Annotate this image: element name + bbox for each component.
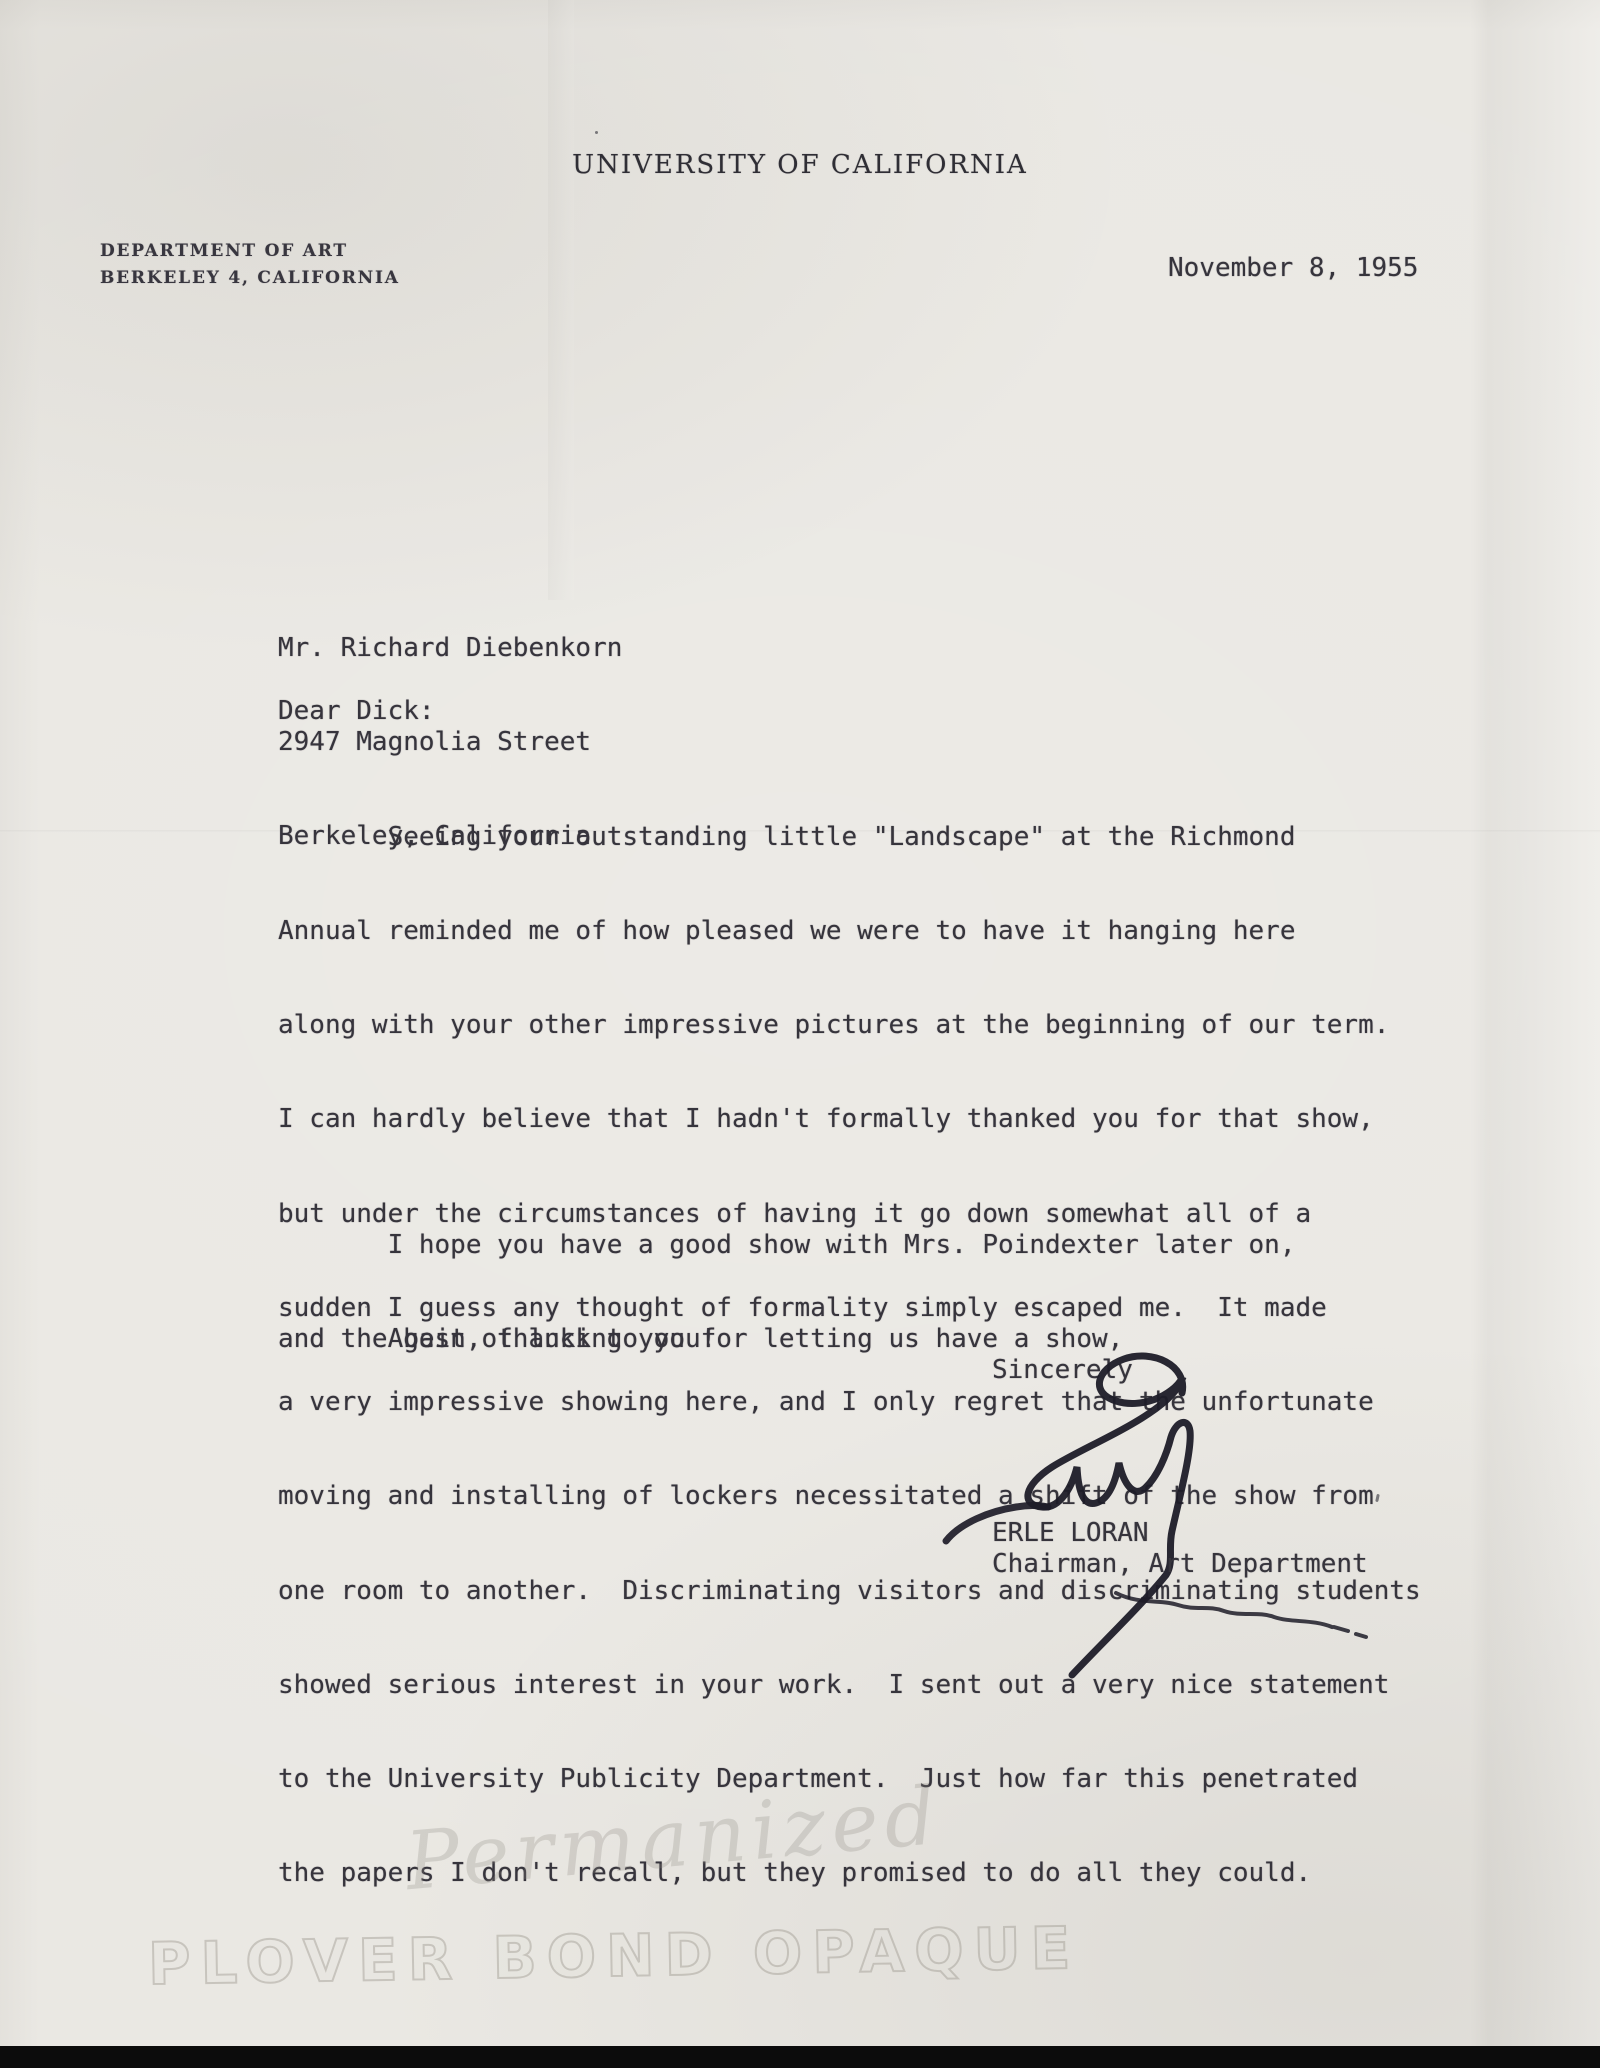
body-line: along with your other impressive picture… <box>278 1010 1421 1041</box>
body-line: Seeing your outstanding little "Landscap… <box>278 822 1421 853</box>
letter-date: November 8, 1955 <box>1168 253 1418 284</box>
scan-speck <box>365 1306 367 1308</box>
body-paragraph-3: Again, thanking you for letting us have … <box>278 1261 1123 1418</box>
letterhead-department-block: DEPARTMENT OF ART BERKELEY 4, CALIFORNIA <box>100 238 400 292</box>
body-line: showed serious interest in your work. I … <box>278 1670 1421 1701</box>
letterhead-department-line: DEPARTMENT OF ART <box>100 238 400 265</box>
scanned-letter-page: UNIVERSITY OF CALIFORNIA DEPARTMENT OF A… <box>0 0 1600 2068</box>
fold-crease-vertical <box>548 0 574 600</box>
salutation: Dear Dick: <box>278 696 435 727</box>
recipient-name: Mr. Richard Diebenkorn <box>278 633 622 664</box>
letterhead-university-title: UNIVERSITY OF CALIFORNIA <box>0 150 1600 180</box>
recipient-street: 2947 Magnolia Street <box>278 727 622 758</box>
letterhead-address-line: BERKELEY 4, CALIFORNIA <box>100 265 400 292</box>
signature-typed-title: Chairman, Art Department <box>992 1549 1368 1580</box>
signature-typed-name: ERLE LORAN <box>992 1518 1149 1549</box>
scanner-background-bar <box>0 2046 1600 2068</box>
body-line: I hope you have a good show with Mrs. Po… <box>278 1230 1295 1261</box>
body-line: Annual reminded me of how pleased we wer… <box>278 916 1421 947</box>
scan-speck <box>595 131 598 134</box>
body-line: I can hardly believe that I hadn't forma… <box>278 1104 1421 1135</box>
body-line: moving and installing of lockers necessi… <box>278 1481 1421 1512</box>
body-line: Again, thanking you for letting us have … <box>278 1324 1123 1355</box>
closing-sincerely: Sincerely <box>992 1355 1133 1386</box>
